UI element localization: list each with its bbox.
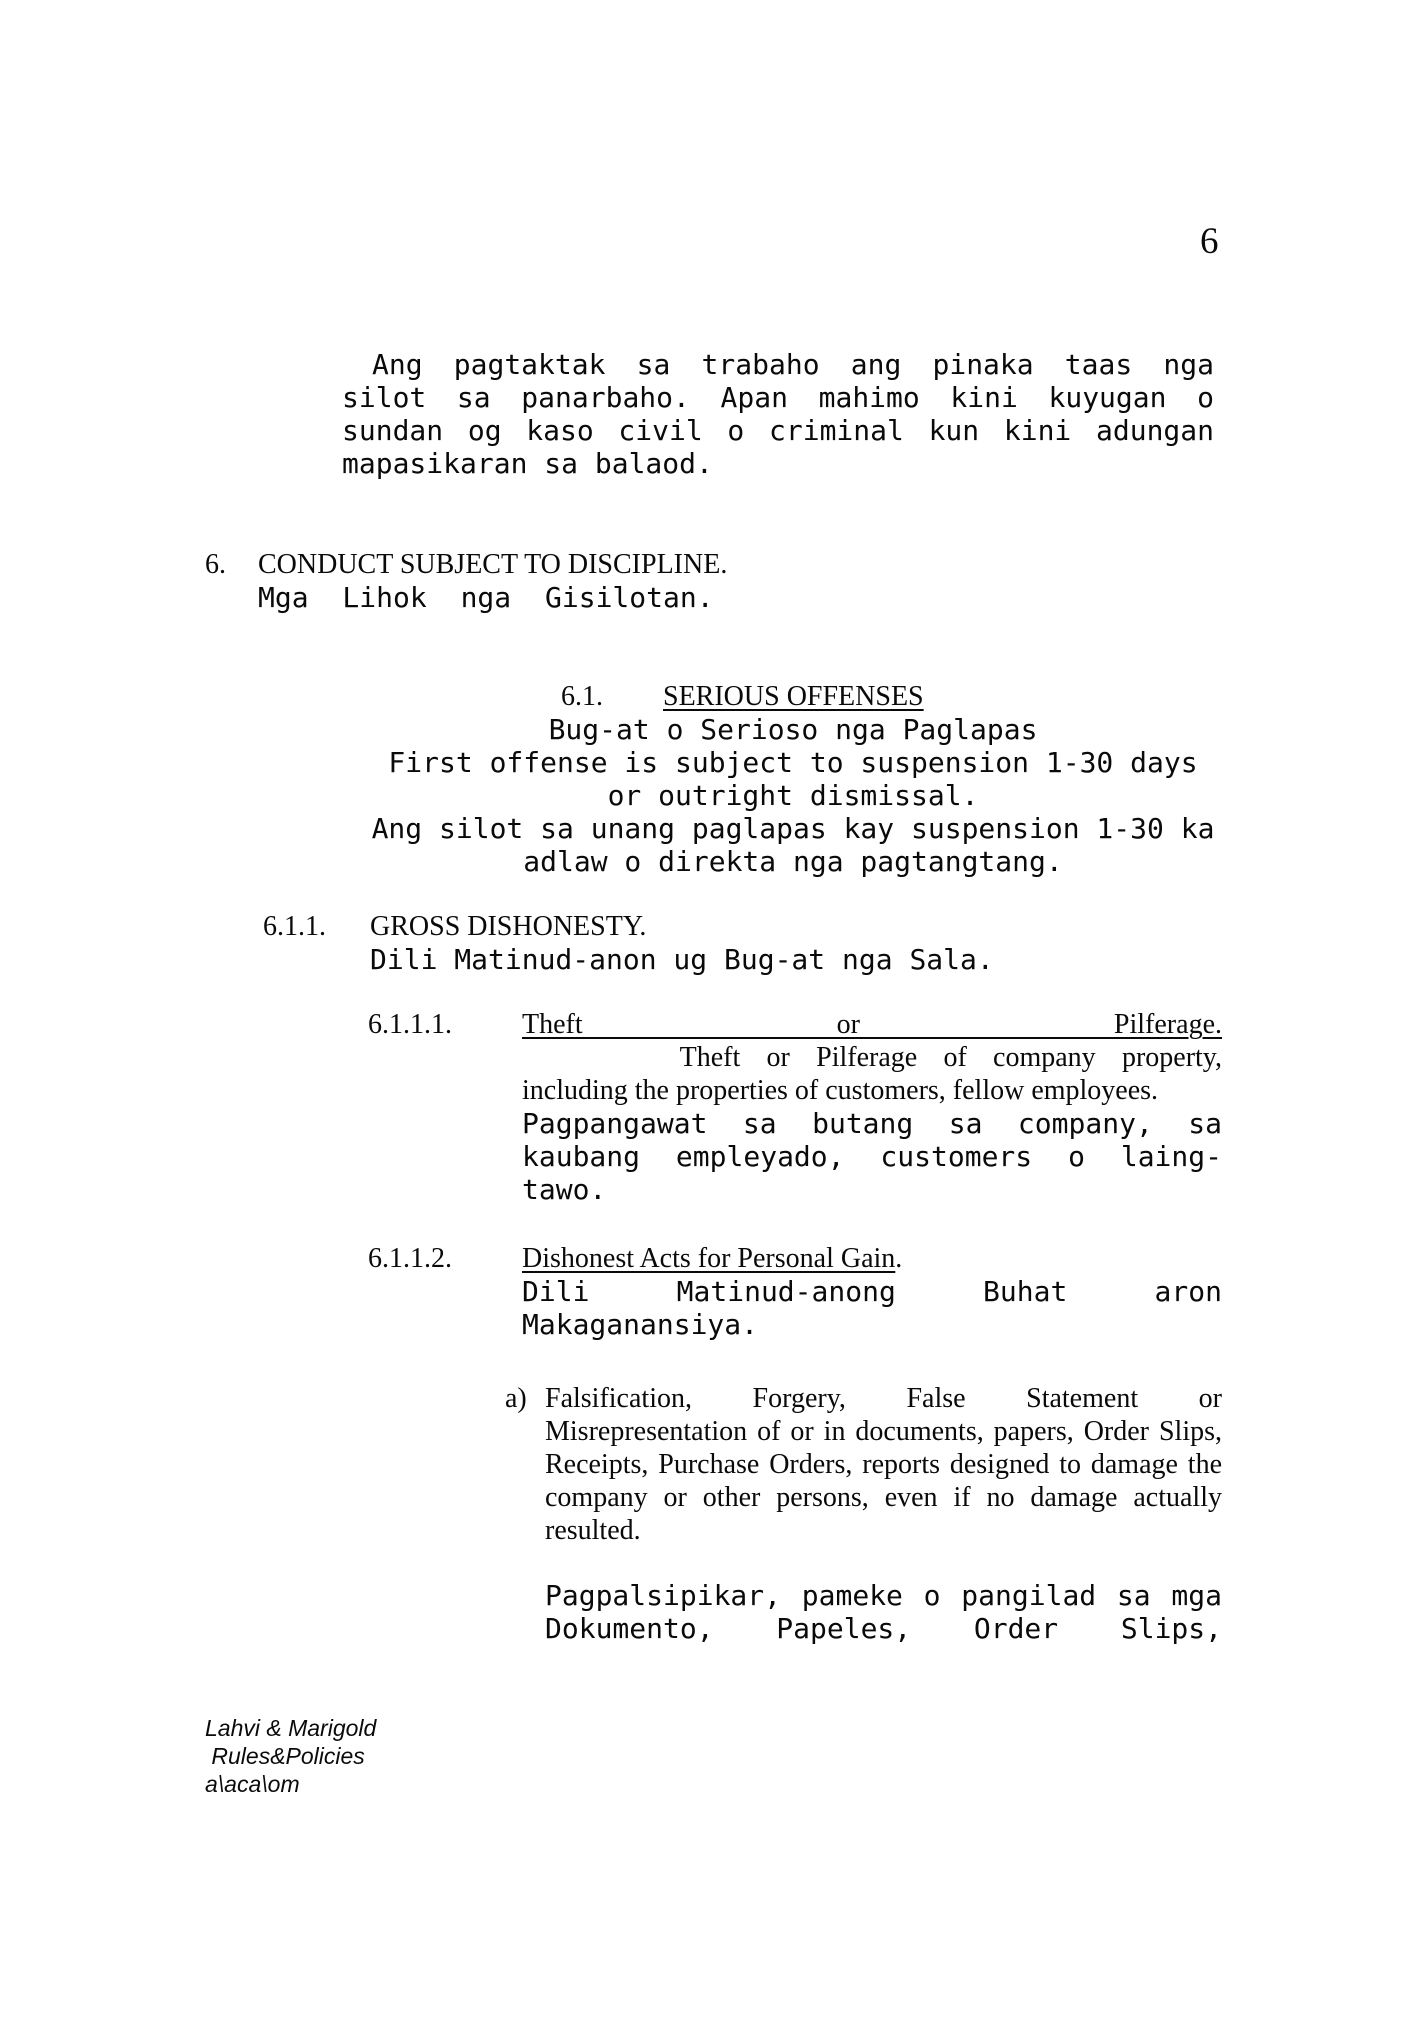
section-6-1-1-heading: GROSS DISHONESTY. Dili Matinud-anon ug B… bbox=[370, 910, 1270, 976]
document-page: 6 Ang pagtaktak sa trabaho ang pinaka ta… bbox=[0, 0, 1428, 2028]
translation-line: Pagpalsipikar, pameke o pangilad sa mga bbox=[545, 1579, 1222, 1612]
section-6-1-title: SERIOUS OFFENSES bbox=[663, 681, 924, 712]
section-6-subtitle: Mga Lihok nga Gisilotan. bbox=[258, 581, 1218, 614]
translation-line: Dokumento, Papeles, Order Slips, bbox=[545, 1612, 1222, 1645]
section-6-1-block: 6.1.SERIOUS OFFENSES Bug-at o Serioso ng… bbox=[368, 680, 1218, 878]
dishonest-heading-period: . bbox=[895, 1243, 902, 1274]
footer: Lahvi & Marigold Rules&Policies a\aca\om bbox=[205, 1714, 376, 1798]
item-a-translation: Pagpalsipikar, pameke o pangilad sa mga … bbox=[545, 1579, 1222, 1645]
offense-line: First offense is subject to suspension 1… bbox=[368, 746, 1218, 779]
offense-line: Bug-at o Serioso nga Paglapas bbox=[368, 713, 1218, 746]
section-6-1-1-2-number: 6.1.1.2. bbox=[368, 1242, 452, 1275]
translation-line: tawo. bbox=[522, 1173, 1222, 1206]
section-6-1-number: 6.1. bbox=[561, 681, 603, 712]
item-a-paragraph: Falsification, Forgery, False Statement … bbox=[545, 1382, 1222, 1547]
section-6-heading: CONDUCT SUBJECT TO DISCIPLINE. Mga Lihok… bbox=[258, 548, 1218, 614]
section-6-1-1-subtitle: Dili Matinud-anon ug Bug-at nga Sala. bbox=[370, 943, 1270, 976]
item-a-line: Falsification, Forgery, False Statement … bbox=[545, 1382, 1222, 1415]
section-6-1-1-number: 6.1.1. bbox=[263, 910, 326, 943]
theft-line-rest: Theft or Pilferage of company property, bbox=[680, 1042, 1222, 1073]
footer-document: Rules&Policies bbox=[205, 1742, 376, 1770]
item-a-marker: a) bbox=[505, 1382, 527, 1415]
section-6-title: CONDUCT SUBJECT TO DISCIPLINE. bbox=[258, 548, 1218, 581]
item-a-line: Misrepresentation of or in documents, pa… bbox=[545, 1415, 1222, 1448]
section-6-1-1-1-number: 6.1.1.1. bbox=[368, 1008, 452, 1041]
item-a-line: company or other persons, even if no dam… bbox=[545, 1481, 1222, 1514]
offense-line: or outright dismissal. bbox=[368, 779, 1218, 812]
intro-line: Ang pagtaktak sa trabaho ang pinaka taas… bbox=[342, 348, 1214, 381]
offense-line: Ang silot sa unang paglapas kay suspensi… bbox=[368, 812, 1218, 845]
theft-heading: Theft or Pilferage. bbox=[522, 1009, 1222, 1040]
translation-line: Dili Matinud-anong Buhat aron bbox=[522, 1275, 1222, 1308]
intro-paragraph: Ang pagtaktak sa trabaho ang pinaka taas… bbox=[342, 348, 1214, 480]
section-6-1-heading: 6.1.SERIOUS OFFENSES bbox=[368, 680, 1218, 713]
offense-line: adlaw o direkta nga pagtangtang. bbox=[368, 845, 1218, 878]
intro-line: mapasikaran sa balaod. bbox=[342, 447, 1214, 480]
intro-line: silot sa panarbaho. Apan mahimo kini kuy… bbox=[342, 381, 1214, 414]
translation-line: Makaganansiya. bbox=[522, 1308, 1222, 1341]
translation-line: kaubang empleyado, customers o laing- bbox=[522, 1140, 1222, 1173]
translation-line: Pagpangawat sa butang sa company, sa bbox=[522, 1107, 1222, 1140]
footer-company: Lahvi & Marigold bbox=[205, 1714, 376, 1742]
intro-line: sundan og kaso civil o criminal kun kini… bbox=[342, 414, 1214, 447]
item-a-line: Receipts, Purchase Orders, reports desig… bbox=[545, 1448, 1222, 1481]
theft-translation: Pagpangawat sa butang sa company, sa kau… bbox=[522, 1107, 1222, 1206]
theft-line: Theft or Pilferage. Theft or Pilferage o… bbox=[522, 1008, 1222, 1074]
section-6-number: 6. bbox=[205, 548, 226, 581]
theft-line: including the properties of customers, f… bbox=[522, 1074, 1222, 1107]
dishonest-heading-line: Dishonest Acts for Personal Gain. bbox=[522, 1242, 1222, 1275]
dishonest-block: Dishonest Acts for Personal Gain. Dili M… bbox=[522, 1242, 1222, 1341]
footer-code: a\aca\om bbox=[205, 1770, 376, 1798]
dishonest-heading: Dishonest Acts for Personal Gain bbox=[522, 1243, 895, 1274]
page-number: 6 bbox=[1200, 222, 1219, 262]
item-a-line: resulted. bbox=[545, 1514, 1222, 1547]
section-6-1-1-title: GROSS DISHONESTY. bbox=[370, 910, 1270, 943]
theft-paragraph: Theft or Pilferage. Theft or Pilferage o… bbox=[522, 1008, 1222, 1107]
